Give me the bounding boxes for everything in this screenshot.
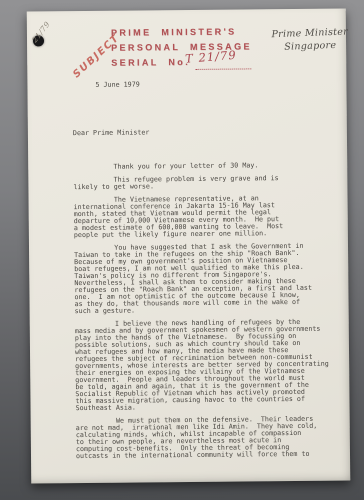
stamp-line-1: PRIME MINISTER'S [111, 24, 252, 40]
letterhead-script: Prime Minister Singapore [260, 25, 361, 55]
pm-personal-message-stamp: PRIME MINISTER'S PERSONAL MESSAGE SERIAL… [111, 24, 252, 70]
letter-paragraph: I believe the news handling of refugees … [75, 319, 344, 413]
letter-date: 5 June 1979 [95, 80, 139, 88]
serial-label: SERIAL No. [111, 55, 190, 71]
letter-paragraphs: Thank you for your letter of 30 May. Thi… [73, 162, 344, 461]
letter-paragraph: The Vietnamese representative, at an int… [74, 195, 342, 240]
letter-body: Dear Prime Minister Thank you for your l… [73, 114, 344, 481]
letter-paragraph: You have suggested that I ask the Govern… [74, 243, 343, 316]
letter-paragraph: This refugee problem is very grave and i… [73, 175, 341, 192]
salutation: Dear Prime Minister [73, 128, 341, 138]
letter-paragraph: Thank you for your letter of 30 May. [73, 162, 341, 172]
letter-paragraph: We must put them on the defensive. Their… [76, 416, 344, 461]
letter-page: 21/79 SUBJECT PRIME MINISTER'S PERSONAL … [27, 8, 351, 483]
